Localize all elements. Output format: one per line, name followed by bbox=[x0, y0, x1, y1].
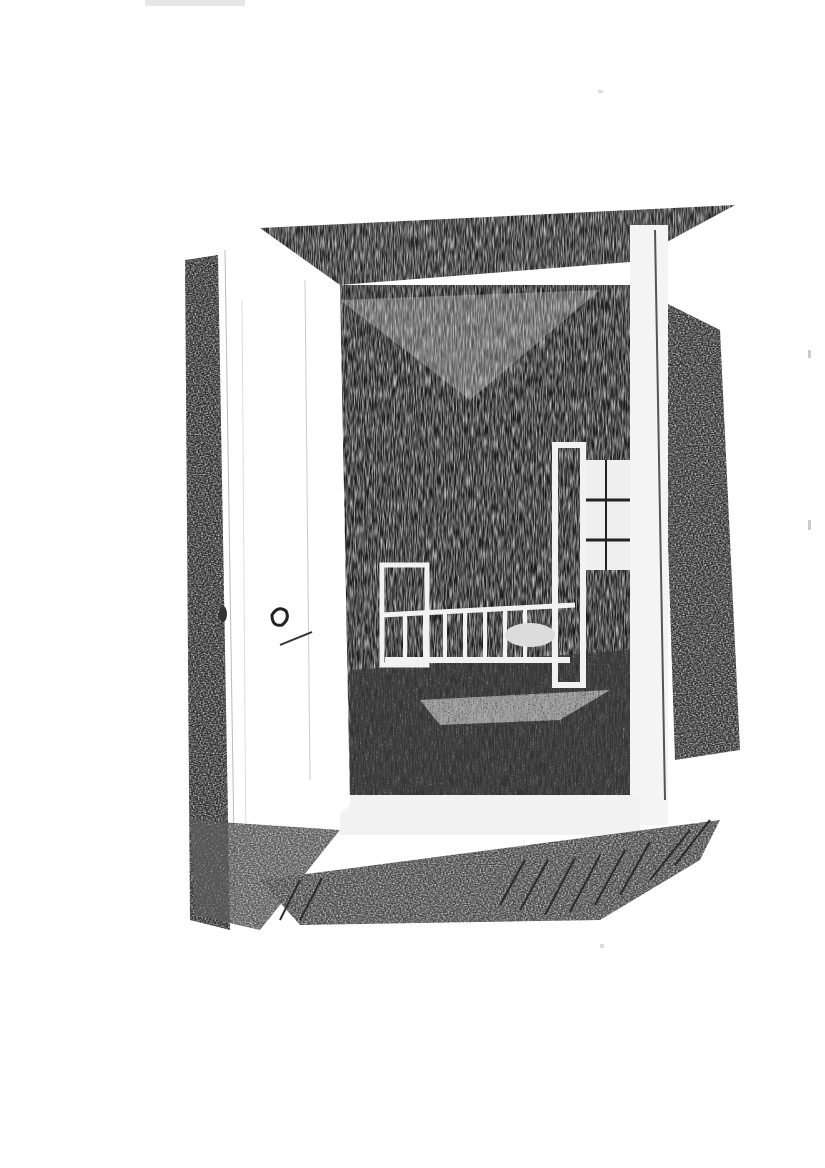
illustration bbox=[0, 0, 825, 1168]
floor-shading bbox=[190, 820, 720, 930]
window bbox=[582, 460, 630, 570]
scan-artifact bbox=[145, 0, 245, 6]
room-floor bbox=[350, 650, 635, 805]
open-door bbox=[225, 250, 350, 910]
right-wall-shading bbox=[660, 300, 740, 760]
